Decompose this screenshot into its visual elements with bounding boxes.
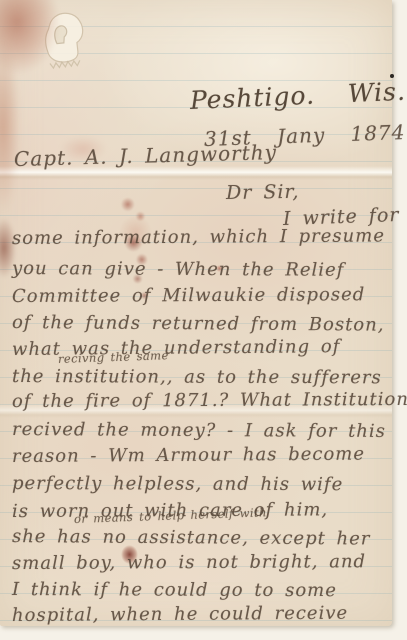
letter-line: perfectly helpless, and his wife [12,473,343,495]
embossed-profile-stamp-icon [33,7,94,80]
scanned-letter-page: Peshtigo. Wis. 31st Jany 1874 Capt. A. J… [0,0,407,640]
letter-line: some information, which I presume [12,225,385,249]
letter-line: she has no assistance, except her [12,526,371,550]
letter-line: the institution,, as to the sufferers [12,366,382,388]
letter-line: I think if he could go to some [12,579,337,601]
letter-line: small boy, who is not bright, and [12,551,366,574]
letter-line: of the funds returned from Boston, [12,312,385,336]
letter-line: hospital, when he could receive [12,603,348,626]
letter-line: you can give - When the Relief [12,258,344,281]
letter-line: reason - Wm Armour has become [12,444,365,467]
letter-line: recived the money? - I ask for this [12,419,386,442]
letter-line: Committee of Milwaukie disposed [12,284,365,307]
letter-line: of the fire of 1871.? What Institutions [12,389,407,412]
letter-paper: Peshtigo. Wis. 31st Jany 1874 Capt. A. J… [0,0,392,626]
salutation: Dr Sir, [226,181,300,204]
